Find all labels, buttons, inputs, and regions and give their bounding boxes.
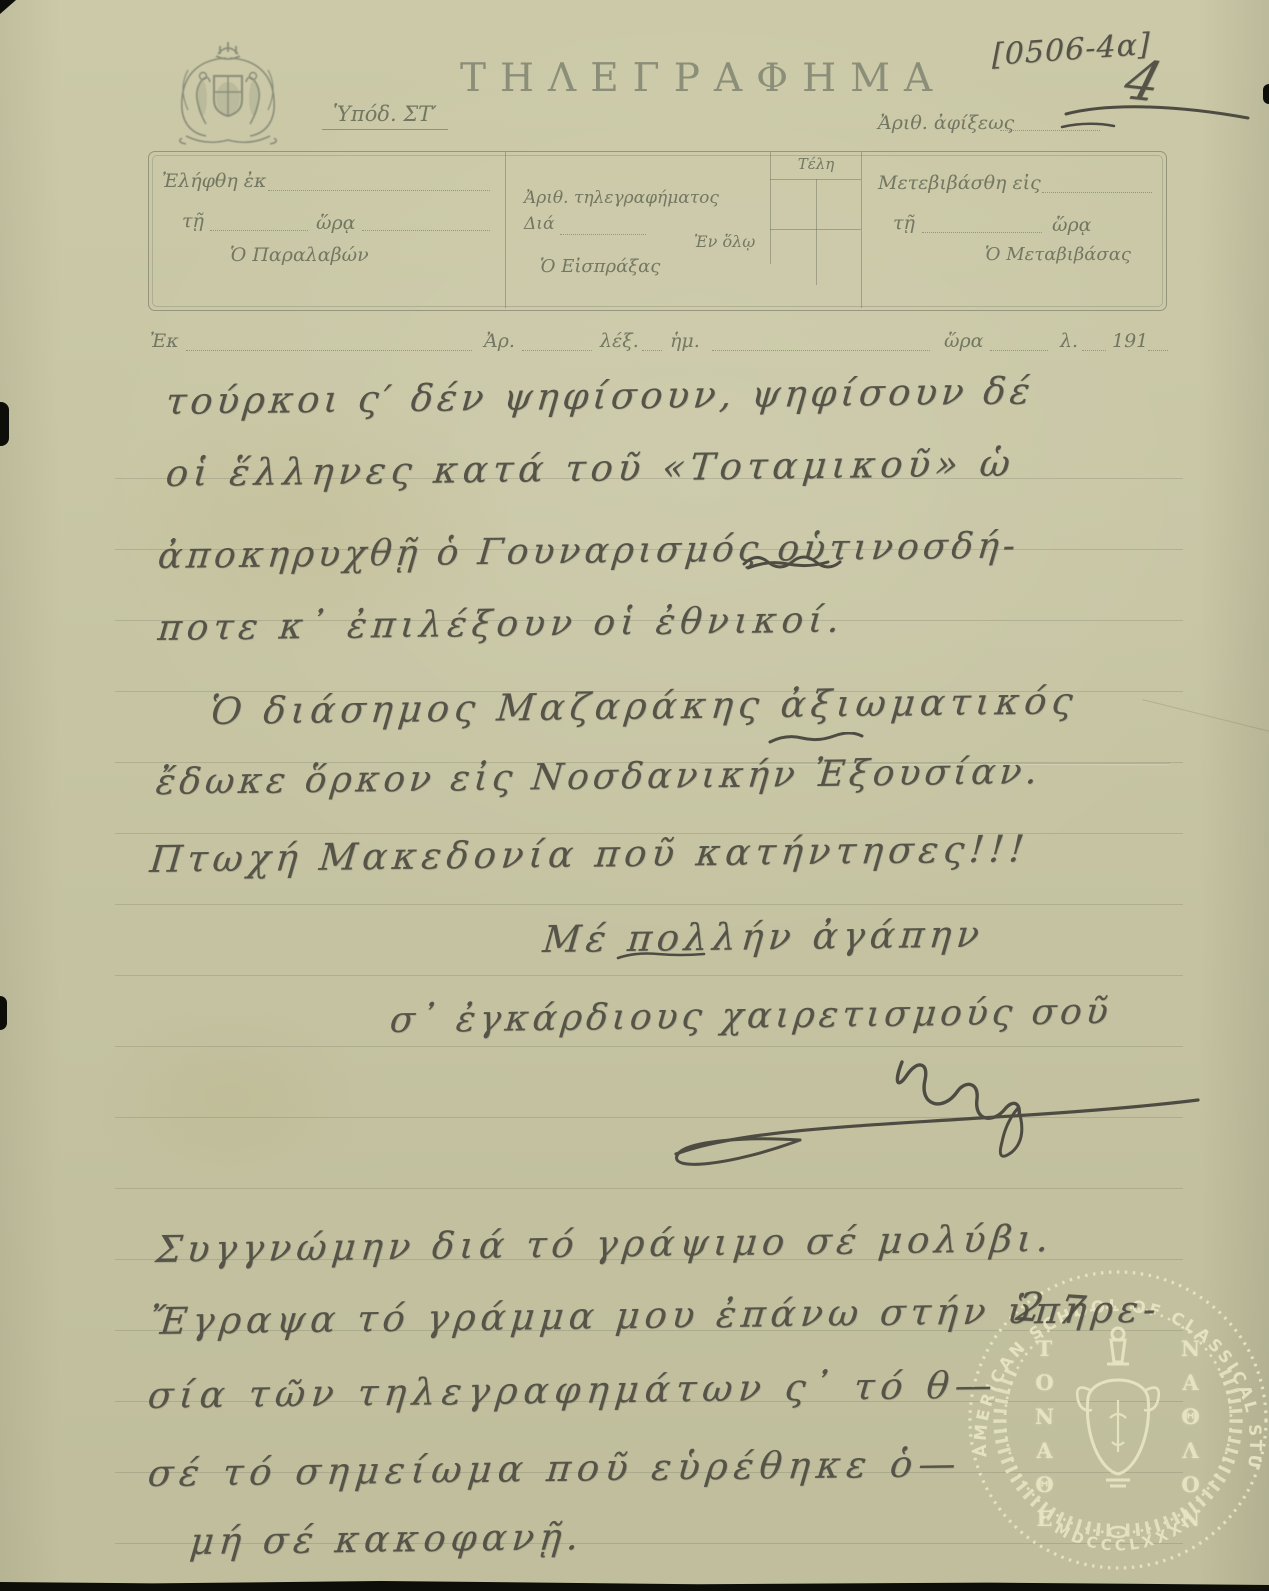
scan-edge-corner: [0, 0, 16, 14]
transmitted-date-label: τῇ: [893, 212, 915, 234]
receiver-signer-label: Ὁ Παραλαβών: [230, 244, 369, 266]
collector-signer-label: Ὁ Εἰσπράξας: [540, 256, 660, 277]
pencil-digits-over-stamp: 2 7: [1012, 1284, 1090, 1335]
arrival-number-label: Ἀριθ. ἀφίξεως: [878, 112, 1014, 134]
meta-year-label: 191: [1112, 330, 1148, 352]
archive-reference: [0506-4α]: [992, 27, 1151, 73]
seal-left-letters: ΤΟΝΑΘΕ: [1032, 1336, 1057, 1526]
meta-min-label: λ.: [1060, 330, 1078, 352]
scan-edge-mark: [0, 996, 7, 1030]
via-line: [560, 220, 646, 235]
received-from-label: Ἐλήφθη ἐκ: [162, 170, 266, 192]
form-model-label: Ὑπόδ. ΣΤ′: [322, 102, 448, 130]
telegram-number-label: Ἀριθ. τηλεγραφήματος: [524, 188, 719, 208]
form-model-text: Ὑπόδ. ΣΤ′: [333, 102, 437, 126]
received-date-line: [210, 216, 308, 231]
meta-year-line: [1148, 336, 1168, 351]
meta-from-label: Ἐκ: [150, 330, 179, 352]
pencil-scribble: [742, 552, 862, 572]
scan-edge-mark: [1263, 84, 1269, 104]
form-divider: [505, 152, 506, 308]
royal-coat-of-arms-icon: [158, 40, 298, 148]
received-date-label: τῇ: [182, 210, 204, 232]
transmitted-hour-label: ὥρᾳ: [1052, 214, 1092, 236]
fees-grid-line: [770, 229, 861, 230]
meta-day-line: [712, 336, 930, 351]
meta-words-label: λέξ.: [600, 330, 639, 352]
fees-grid-line: [770, 152, 771, 264]
scan-edge-mark: [0, 402, 9, 446]
pencil-scribble: [768, 732, 864, 746]
form-divider: [861, 152, 862, 308]
received-hour-label: ὥρᾳ: [316, 212, 356, 234]
meta-min-line: [1082, 336, 1106, 351]
page-number-underline: [1062, 98, 1252, 124]
meta-hour-line: [990, 336, 1048, 351]
in-total-label: Ἐν ὅλῳ: [694, 232, 755, 251]
transmitter-signer-label: Ὁ Μεταβιβάσας: [985, 244, 1131, 265]
meta-hour-label: ὥρα: [944, 330, 984, 352]
page-title: ΤΗΛΕΓΡΑΦΗΜΑ: [460, 56, 946, 101]
fees-label: Τέλη: [772, 155, 860, 173]
transmitted-date-line: [922, 218, 1042, 233]
meta-words-line: [642, 336, 662, 351]
signature: [650, 1048, 1220, 1178]
meta-no-label: Ἀρ.: [484, 330, 515, 352]
meta-from-line: [186, 336, 472, 351]
handwritten-closing: Μέ πολλήν ἀγάπην: [541, 913, 986, 961]
handwritten-line: ποτε κ᾽ ἐπιλέξουν οἱ ἐθνικοί.: [156, 600, 846, 649]
transmitted-to-line: [1042, 178, 1152, 193]
received-from-line: [268, 176, 490, 191]
received-hour-line: [362, 216, 490, 231]
transmitted-to-label: Μετεβιβάσθη εἰς: [878, 172, 1041, 194]
meta-day-label: ἡμ.: [670, 330, 700, 352]
handwritten-postscript: μή σέ κακοφανῇ.: [188, 1515, 585, 1563]
seal-right-letters: ΝΑΘΛΟΝ: [1178, 1336, 1203, 1526]
via-label: Διά: [524, 214, 554, 234]
meta-no-line: [522, 336, 592, 351]
telegram-document-page: Ὑπόδ. ΣΤ′ ΤΗΛΕΓΡΑΦΗΜΑ Ἀριθ. ἀφίξεως Ἐλήφ…: [0, 0, 1269, 1591]
fees-grid-line: [816, 179, 817, 285]
